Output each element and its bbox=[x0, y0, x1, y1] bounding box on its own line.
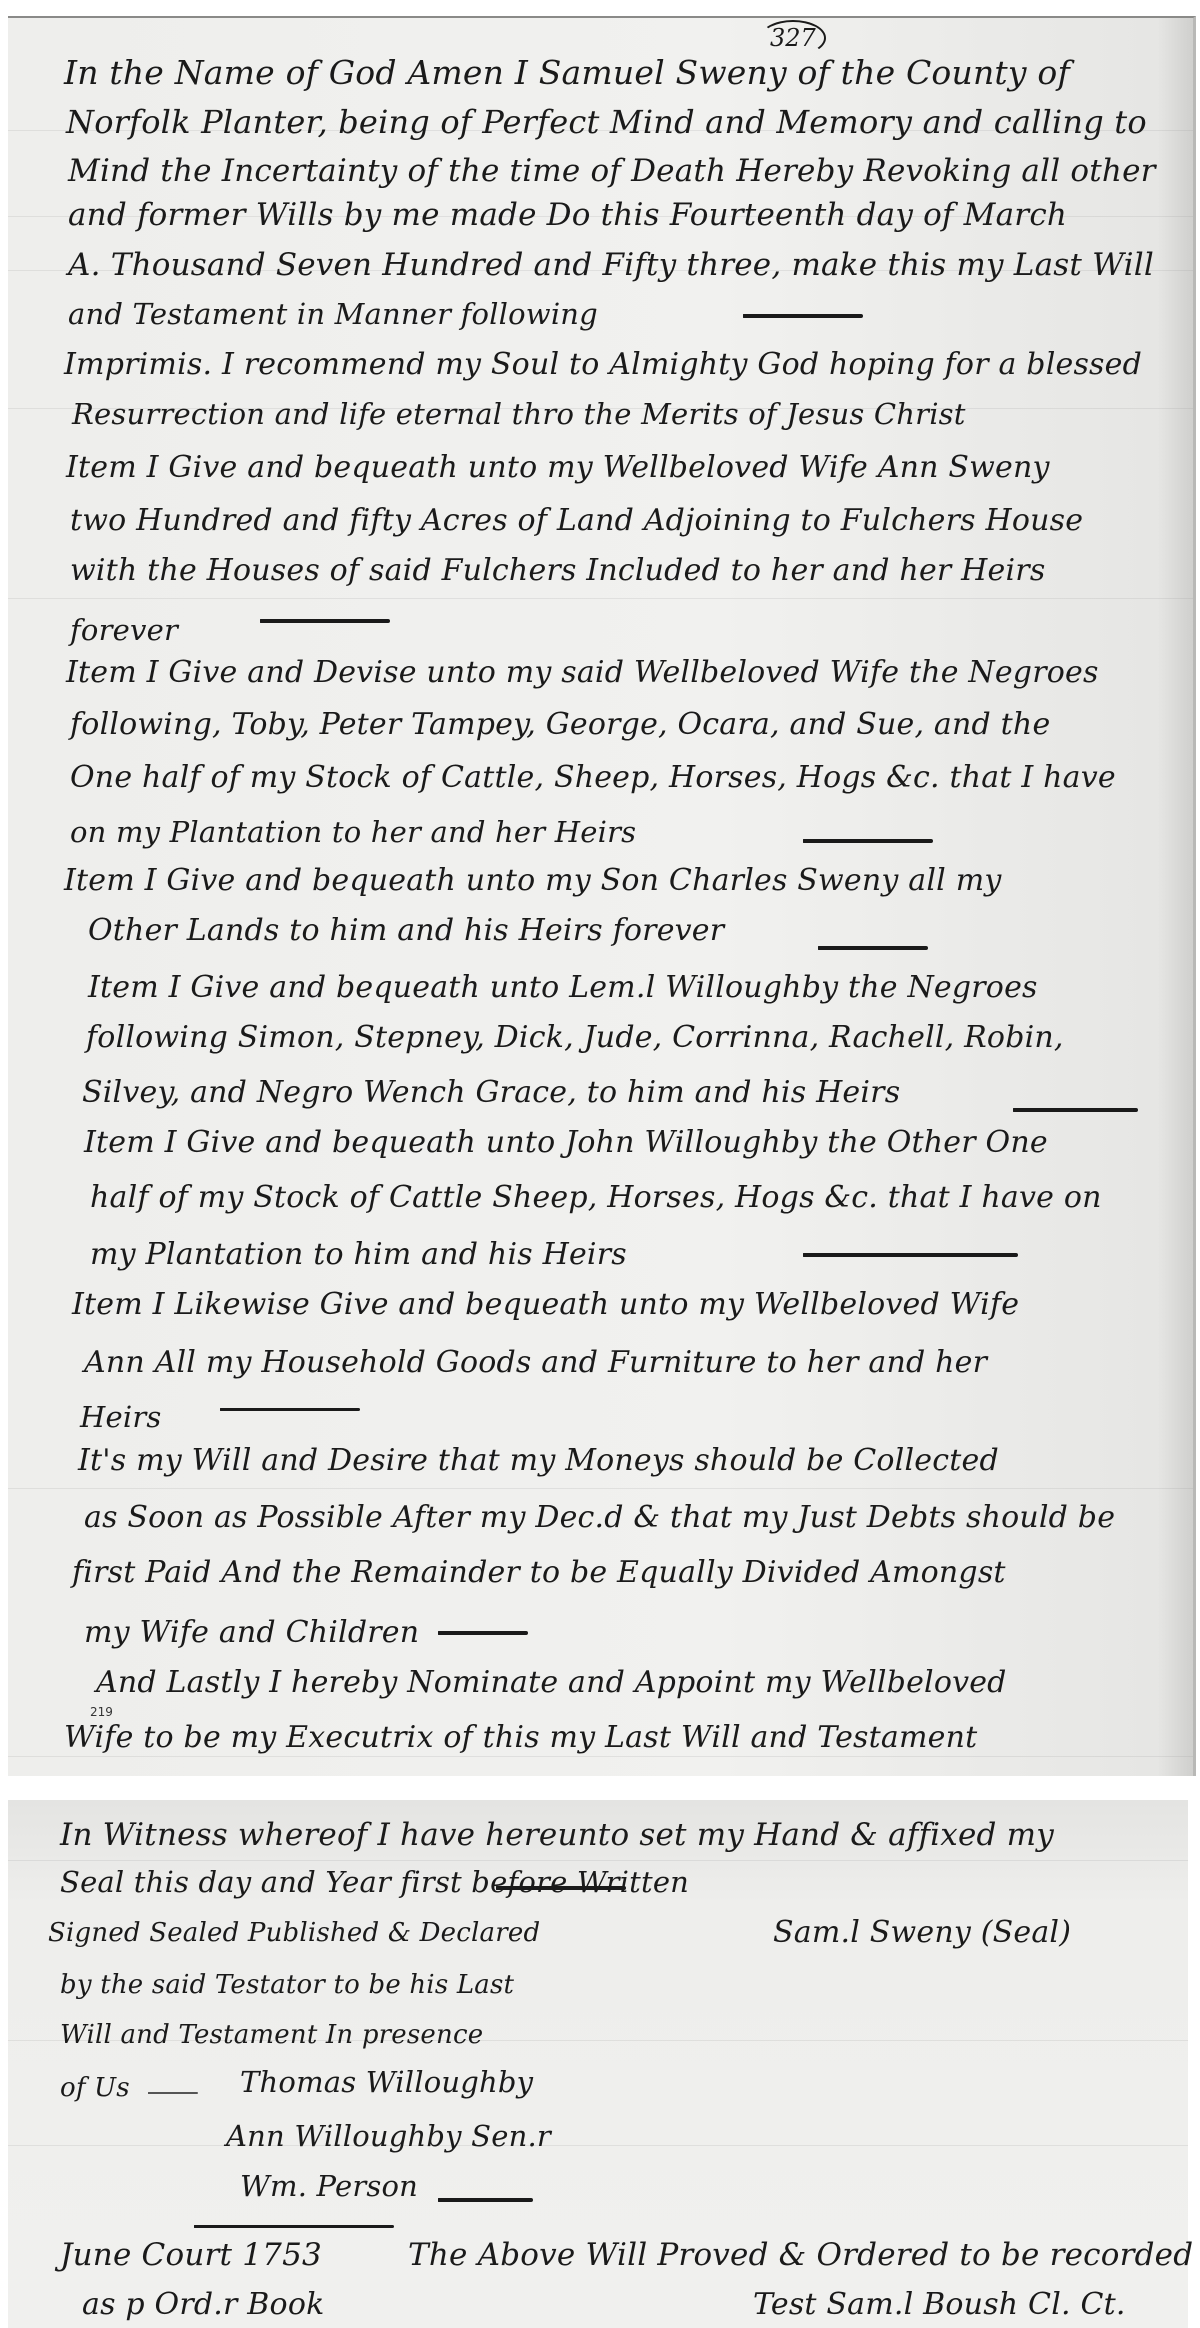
witness-clause-line-3: Will and Testament In presence bbox=[60, 2022, 483, 2048]
will-line-5: A. Thousand Seven Hundred and Fifty thre… bbox=[68, 250, 1154, 281]
attestation-line-1: In Witness whereof I have hereunto set m… bbox=[60, 1820, 1054, 1851]
line-end-flourish bbox=[220, 1408, 360, 1411]
will-line-30: first Paid And the Remainder to be Equal… bbox=[72, 1558, 1006, 1588]
will-line-20: following Simon, Stepney, Dick, Jude, Co… bbox=[86, 1023, 1064, 1053]
line-end-flourish bbox=[803, 839, 933, 843]
will-line-19: Item I Give and bequeath unto Lem.l Will… bbox=[88, 973, 1038, 1003]
will-line-6: and Testament in Manner following bbox=[68, 300, 598, 329]
probate-order-line-2: as p Ord.r Book bbox=[82, 2290, 324, 2320]
will-line-21: Silvey, and Negro Wench Grace, to him an… bbox=[82, 1078, 900, 1108]
clerk-attestation: Test Sam.l Boush Cl. Ct. bbox=[753, 2290, 1126, 2320]
witness-clause-line-1: Signed Sealed Published & Declared bbox=[48, 1920, 540, 1946]
will-line-23: half of my Stock of Cattle Sheep, Horses… bbox=[90, 1183, 1102, 1213]
will-line-24: my Plantation to him and his Heirs bbox=[90, 1240, 627, 1270]
will-line-25: Item I Likewise Give and bequeath unto m… bbox=[72, 1290, 1019, 1320]
witness-underline bbox=[194, 2225, 394, 2228]
probate-order-line-1: The Above Will Proved & Ordered to be re… bbox=[408, 2240, 1193, 2271]
line-end-flourish bbox=[148, 2092, 198, 2094]
ruled-line bbox=[8, 598, 1193, 599]
line-end-flourish bbox=[1013, 1108, 1138, 1112]
will-line-16: on my Plantation to her and her Heirs bbox=[70, 818, 636, 847]
line-end-flourish bbox=[438, 1631, 528, 1635]
will-line-15: One half of my Stock of Cattle, Sheep, H… bbox=[70, 763, 1116, 793]
folio-number: 327 bbox=[760, 20, 826, 56]
will-line-10: two Hundred and fifty Acres of Land Adjo… bbox=[70, 506, 1083, 536]
will-line-12: forever bbox=[70, 616, 178, 645]
will-line-7: Imprimis. I recommend my Soul to Almight… bbox=[64, 350, 1142, 380]
witness-name-1: Thomas Willoughby bbox=[240, 2068, 533, 2097]
marginal-note: 219 bbox=[90, 1705, 113, 1719]
will-line-9: Item I Give and bequeath unto my Wellbel… bbox=[66, 453, 1050, 483]
will-line-33: Wife to be my Executrix of this my Last … bbox=[64, 1723, 977, 1753]
will-line-8: Resurrection and life eternal thro the M… bbox=[72, 400, 966, 429]
line-end-flourish bbox=[438, 2198, 533, 2202]
will-line-1: In the Name of God Amen I Samuel Sweny o… bbox=[64, 56, 1070, 89]
will-line-4: and former Wills by me made Do this Four… bbox=[68, 200, 1067, 231]
witness-clause-line-4: of Us bbox=[60, 2075, 130, 2101]
witness-name-3: Wm. Person bbox=[240, 2172, 418, 2201]
testator-signature: Sam.l Sweny (Seal) bbox=[773, 1918, 1071, 1948]
ruled-line bbox=[8, 1488, 1193, 1489]
attestation-line-2: Seal this day and Year first before Writ… bbox=[60, 1868, 689, 1897]
ruled-line bbox=[8, 1860, 1188, 1861]
line-end-flourish bbox=[743, 314, 863, 318]
will-line-14: following, Toby, Peter Tampey, George, O… bbox=[70, 710, 1050, 740]
witness-clause-line-2: by the said Testator to be his Last bbox=[60, 1972, 514, 1998]
ruled-line bbox=[8, 1756, 1193, 1757]
line-end-flourish bbox=[260, 619, 390, 623]
will-line-17: Item I Give and bequeath unto my Son Cha… bbox=[64, 866, 1002, 896]
will-line-28: It's my Will and Desire that my Moneys s… bbox=[78, 1446, 999, 1476]
will-line-2: Norfolk Planter, being of Perfect Mind a… bbox=[66, 106, 1147, 138]
will-line-29: as Soon as Possible After my Dec.d & tha… bbox=[84, 1503, 1115, 1533]
will-page-1: 327 In the Name of God Amen I Samuel Swe… bbox=[8, 16, 1196, 1776]
will-line-27: Heirs bbox=[80, 1403, 161, 1432]
line-end-flourish bbox=[818, 946, 928, 950]
will-line-22: Item I Give and bequeath unto John Willo… bbox=[84, 1128, 1048, 1158]
line-end-flourish bbox=[803, 1253, 1018, 1257]
will-page-2: In Witness whereof I have hereunto set m… bbox=[8, 1800, 1188, 2328]
probate-court-date: June Court 1753 bbox=[60, 2240, 322, 2271]
will-line-13: Item I Give and Devise unto my said Well… bbox=[66, 658, 1099, 688]
line-end-flourish bbox=[496, 1886, 626, 1890]
will-line-26: Ann All my Household Goods and Furniture… bbox=[84, 1348, 987, 1378]
will-line-31: my Wife and Children bbox=[84, 1618, 419, 1648]
will-line-3: Mind the Incertainty of the time of Deat… bbox=[68, 156, 1156, 187]
will-line-11: with the Houses of said Fulchers Include… bbox=[70, 556, 1045, 586]
witness-name-2: Ann Willoughby Sen.r bbox=[226, 2122, 551, 2151]
will-line-18: Other Lands to him and his Heirs forever bbox=[88, 916, 724, 946]
will-line-32: And Lastly I hereby Nominate and Appoint… bbox=[96, 1668, 1007, 1698]
ruled-line bbox=[8, 2145, 1188, 2146]
